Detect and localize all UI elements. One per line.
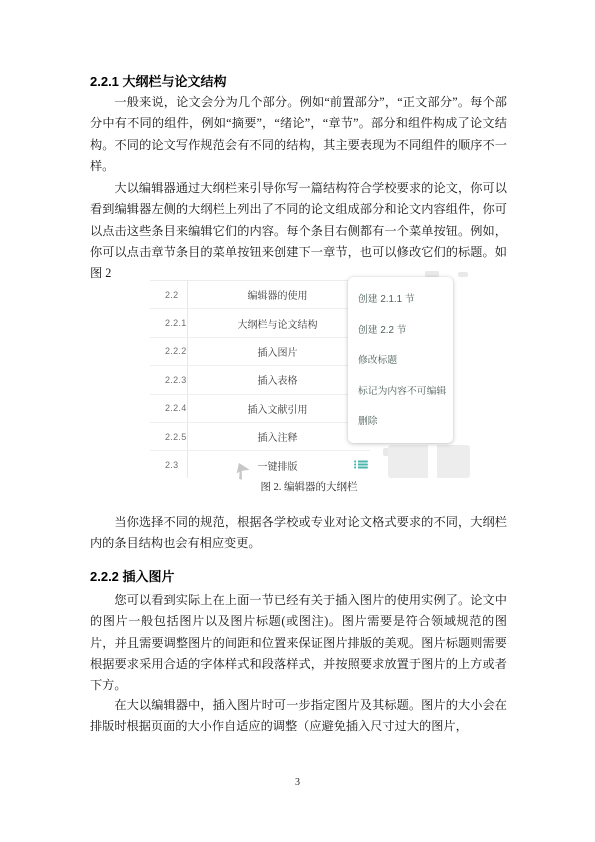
- column-divider: [187, 338, 188, 365]
- outline-row: 2.2.2 插入图片: [150, 338, 370, 366]
- paragraph: 大以编辑器通过大纲栏来引导你写一篇结构符合学校要求的论文，你可以看到编辑器左侧的…: [90, 178, 507, 284]
- figure-menu-item: 创建 2.1.1 节: [348, 283, 453, 314]
- paragraph: 您可以看到实际上在上面一节已经有关于插入图片的使用实例了。论文中的图片一般包括图…: [90, 590, 507, 696]
- page-number: 3: [0, 777, 595, 788]
- outline-table: 2.2 编辑器的使用 2.2.1 大纲栏与论文结构 2.2.2 插入图片 2.2…: [150, 270, 370, 478]
- outline-row: 2.2 编辑器的使用: [150, 281, 370, 309]
- column-divider: [187, 451, 188, 478]
- outline-row-title: 插入注释: [185, 429, 370, 444]
- outline-row-title: 插入表格: [185, 372, 370, 387]
- column-divider: [187, 366, 188, 393]
- figure-outline-panel-image: 2.2 编辑器的使用 2.2.1 大纲栏与论文结构 2.2.2 插入图片 2.2…: [148, 270, 470, 478]
- figure-caption: 图 2. 编辑器的大纲栏: [148, 479, 470, 494]
- paragraph: 一般来说，论文会分为几个部分。例如“前置部分”，“正文部分”。每个部分中有不同的…: [90, 92, 507, 177]
- figure-menu-item: 标记为内容不可编辑: [348, 375, 453, 406]
- figure-menu-item: 创建 2.2 节: [348, 314, 453, 345]
- section-heading-222: 2.2.2 插入图片: [90, 568, 507, 585]
- outline-row-number: 2.2.2: [150, 346, 185, 356]
- column-divider: [187, 281, 188, 308]
- figure-context-menu: 创建 2.1.1 节 创建 2.2 节 修改标题 标记为内容不可编辑 删除: [348, 277, 453, 443]
- background-ui-fragment: [458, 272, 468, 277]
- column-divider: [187, 423, 188, 450]
- paragraph: 在大以编辑器中，插入图片时可一步指定图片及其标题。图片的大小会在排版时根据页面的…: [90, 695, 507, 738]
- outline-row: 2.3 一键排版: [150, 451, 370, 478]
- section-heading-221: 2.2.1 大纲栏与论文结构: [90, 73, 507, 90]
- outline-row-title: 插入图片: [185, 344, 370, 359]
- outline-row-number: 2.2.1: [150, 318, 185, 328]
- outline-row: 2.2.3 插入表格: [150, 366, 370, 394]
- column-divider: [187, 309, 188, 336]
- document-page: 2.2.1 大纲栏与论文结构 一般来说，论文会分为几个部分。例如“前置部分”，“…: [0, 0, 595, 842]
- paragraph: 当你选择不同的规范，根据各学校或专业对论文格式要求的不同，大纲栏内的条目结构也会…: [90, 512, 507, 555]
- outline-row-number: 2.2.5: [150, 432, 185, 442]
- background-ui-fragment: [428, 445, 437, 478]
- figure-menu-item: 删除: [348, 405, 453, 436]
- outline-row-number: 2.2: [150, 290, 185, 300]
- cursor-artifact-icon: [234, 462, 252, 484]
- outline-row-number: 2.2.3: [150, 375, 185, 385]
- outline-row-title: 一键排版: [185, 458, 370, 473]
- outline-row-title: 编辑器的使用: [185, 287, 370, 302]
- column-divider: [187, 395, 188, 422]
- outline-row-partial: [150, 270, 370, 281]
- outline-row: 2.2.1 大纲栏与论文结构: [150, 309, 370, 337]
- figure-menu-item: 修改标题: [348, 344, 453, 375]
- list-icon: [354, 460, 368, 471]
- outline-row-title: 插入文献引用: [185, 401, 370, 416]
- outline-row: 2.2.5 插入注释: [150, 423, 370, 451]
- outline-row-title: 大纲栏与论文结构: [185, 316, 370, 331]
- outline-row-number: 2.2.4: [150, 403, 185, 413]
- outline-row-number: 2.3: [150, 460, 185, 470]
- outline-row: 2.2.4 插入文献引用: [150, 395, 370, 423]
